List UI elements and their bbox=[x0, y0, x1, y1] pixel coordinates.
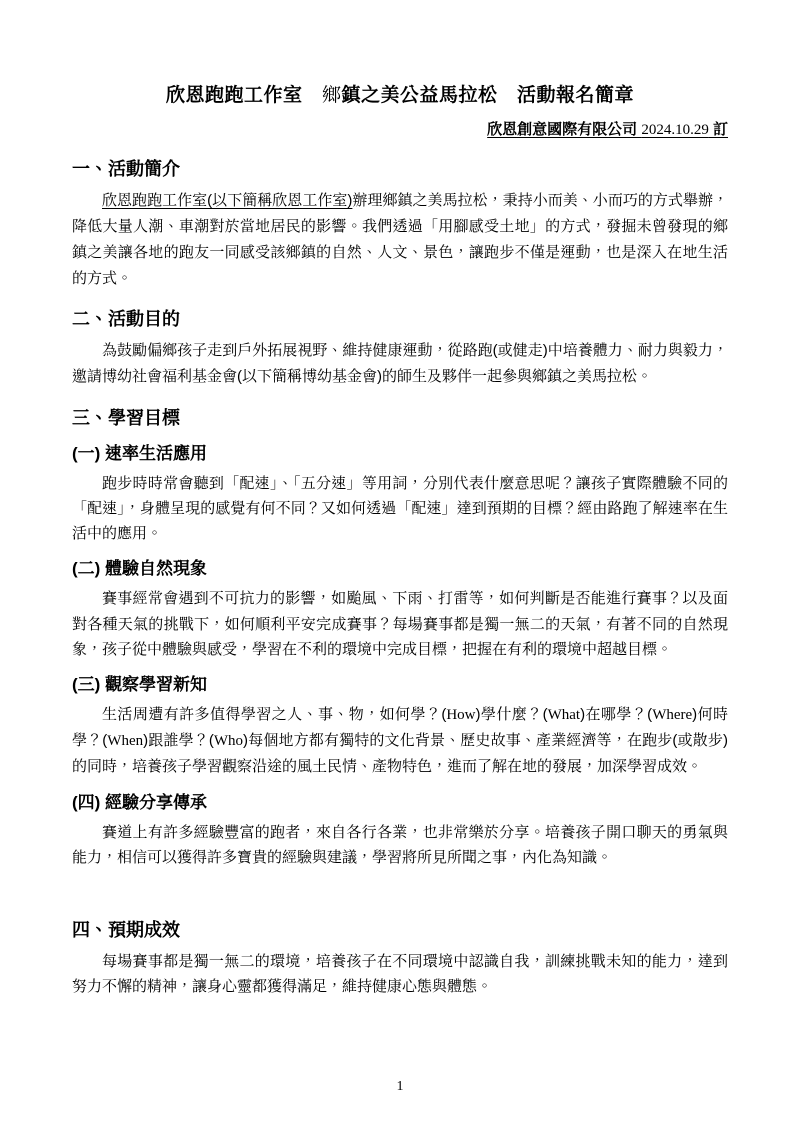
text-run: )在哪學？( bbox=[580, 706, 652, 723]
paragraph-expected-results: 每場賽事都是獨一無二的環境，培養孩子在不同環境中認識自我，訓練挑戰未知的能力，達… bbox=[72, 949, 728, 999]
text-run: 鄉 bbox=[532, 369, 547, 385]
text-run: 鄉 bbox=[162, 343, 177, 359]
text-run: 欣恩跑跑工作室 bbox=[166, 85, 322, 106]
text-run: Who bbox=[214, 733, 243, 749]
text-run: 2024.10.29 bbox=[641, 122, 709, 138]
text-run: )學什麼？( bbox=[475, 706, 547, 723]
subsection-heading-3-2: (二) 體驗自然現象 bbox=[72, 556, 728, 582]
document-page: 欣恩跑跑工作室 鄉鎮之美公益馬拉松 活動報名簡章 欣恩創意國際有限公司 2024… bbox=[0, 0, 800, 1132]
paragraph-activity-intro: 欣恩跑跑工作室(以下簡稱欣恩工作室)辦理鄉鎮之美馬拉松，秉持小而美、小而巧的方式… bbox=[72, 188, 728, 291]
text-run: 為鼓勵偏 bbox=[102, 342, 162, 359]
text-run: 訂 bbox=[709, 121, 728, 138]
section-heading-1: 一、活動簡介 bbox=[72, 156, 728, 182]
text-run: 感受土地」的方式，發掘未曾發現的 bbox=[469, 218, 713, 235]
text-run: 賽道上有許多經驗豐富的跑者，來自各行各業，也非常樂於分享。培養孩子開口聊天的勇氣… bbox=[72, 824, 728, 866]
section-heading-2: 二、活動目的 bbox=[72, 306, 728, 332]
text-run: 鄉 bbox=[713, 219, 728, 235]
text-run: How bbox=[446, 707, 475, 723]
dateline: 欣恩創意國際有限公司 2024.10.29 訂 bbox=[72, 119, 728, 141]
text-run: 生活周遭有許多 bbox=[102, 706, 210, 723]
paragraph-experience-sharing: 賽道上有許多經驗豐富的跑者，來自各行各業，也非常樂於分享。培養孩子開口聊天的勇氣… bbox=[72, 820, 728, 871]
text-run: 化為知識。 bbox=[537, 849, 612, 866]
paragraph-nature-experience: 賽事經常會遇到不可抗力的影響，如颱風、下雨、打雷等，如何判斷是否能進行賽事？以及… bbox=[72, 586, 728, 662]
text-run: 欣恩創意國際有限公司 bbox=[487, 121, 641, 138]
text-run: 賽事經常會遇到不可抗力的影響，如 bbox=[102, 590, 346, 607]
text-run: 物特色，進而了解在地的發展，加深學習成效。 bbox=[387, 758, 702, 775]
paragraph-pace-application: 跑步時時常會聽到「配速」、「五分速」等用詞，分別代表什麼意思呢？讓孩子實際體驗不… bbox=[72, 471, 728, 546]
text-run: 鄉 bbox=[322, 85, 342, 106]
text-run: 產 bbox=[372, 759, 387, 775]
text-run: 每場賽事都是獨一無二的環境，培養孩子在不同環境中認識自我，訓練挑戰未知的能力，達… bbox=[72, 953, 728, 995]
page-number: 1 bbox=[0, 1078, 800, 1096]
subsection-heading-3-1: (一) 速率生活應用 bbox=[72, 441, 728, 467]
section-heading-3: 三、學習目標 bbox=[72, 405, 728, 431]
text-run: 辦理 bbox=[352, 192, 382, 209]
text-run: 欣恩跑跑工作室(以下簡稱欣恩工作室) bbox=[102, 192, 352, 209]
text-run: 得學習之人、事、物，如何學？( bbox=[225, 706, 446, 723]
text-run: 颱 bbox=[346, 591, 361, 607]
text-run: 跑步時時常會聽到「配速」、「五分速」等用詞，分別代表什麼意思呢？讓孩子實際體驗不… bbox=[72, 475, 728, 542]
text-run: 值 bbox=[210, 707, 225, 723]
text-run: What bbox=[548, 707, 580, 723]
text-run: )跟誰學？( bbox=[143, 732, 214, 749]
text-run: 鄉 bbox=[382, 193, 397, 209]
section-heading-4: 四、預期成效 bbox=[72, 917, 728, 943]
text-run: )每個地方都有獨特的文化背景、歷史故事、 bbox=[243, 732, 536, 749]
text-run: Where bbox=[652, 707, 692, 723]
page-title: 欣恩跑跑工作室 鄉鎮之美公益馬拉松 活動報名簡章 bbox=[72, 84, 728, 108]
text-run: 戶 bbox=[237, 343, 252, 359]
text-run: 鄉 bbox=[286, 245, 301, 261]
paragraph-activity-purpose: 為鼓勵偏鄉孩子走到戶外拓展視野、維持健康運動，從路跑(或健走)中培養體力、耐力與… bbox=[72, 338, 728, 390]
subsection-heading-3-3: (三) 觀察學習新知 bbox=[72, 672, 728, 698]
text-run: 鎮之美馬拉松。 bbox=[547, 368, 652, 385]
text-run: 鎮之美公益馬拉松 活動報名簡章 bbox=[342, 85, 635, 106]
text-run: 產 bbox=[536, 733, 551, 749]
subsection-heading-3-4: (四) 經驗分享傳承 bbox=[72, 790, 728, 816]
text-run: 腳 bbox=[454, 219, 469, 235]
text-run: 內 bbox=[522, 850, 537, 866]
text-run: 孩子走到 bbox=[177, 342, 237, 359]
paragraph-observe-learning: 生活周遭有許多值得學習之人、事、物，如何學？(How)學什麼？(What)在哪學… bbox=[72, 702, 728, 780]
text-run: 鎮之美讓各地的跑友一同感受該 bbox=[72, 244, 286, 261]
text-run: When bbox=[107, 733, 143, 749]
